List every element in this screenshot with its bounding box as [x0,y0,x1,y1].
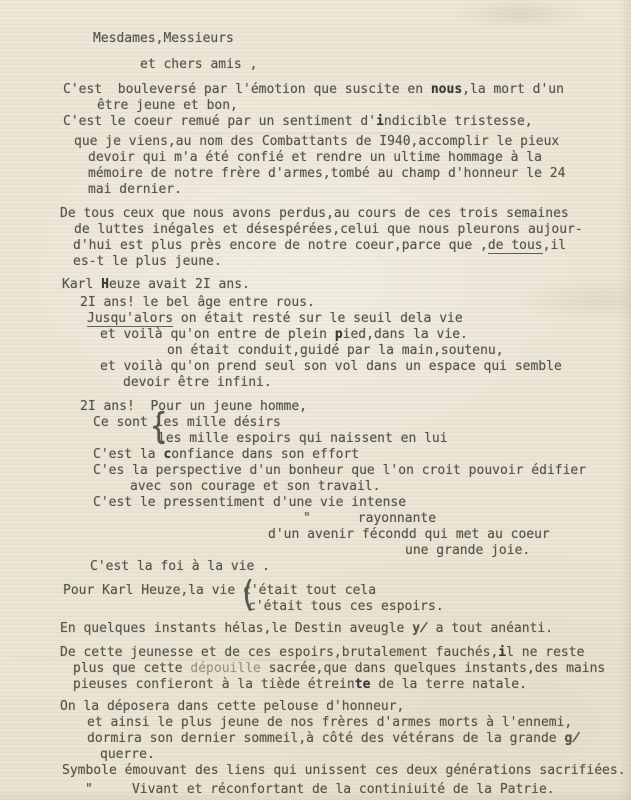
text-segment: c'était tous ces espoirs. [248,599,444,614]
text-segment: ied,dans la vie. [343,327,468,342]
text-line: es-t le plus jeune. [73,254,222,270]
text-line: être jeune et bon, [97,98,238,114]
text-segment: es-t le plus jeune. [73,254,222,269]
text-segment: 2I ans! Pour un jeune homme, [80,399,307,414]
text-line: C'est la confiance dans son effort [93,447,359,463]
text-segment: ,il [543,238,566,253]
text-segment: C'est le coeur remué par un sentiment d' [63,114,376,129]
text-line: que je viens,au nom des Combattants de I… [74,134,559,150]
text-line: Karl Heuze avait 2I ans. [62,277,250,293]
text-line: devoir être infini. [123,375,272,391]
text-line: En quelques instants hélas,le Destin ave… [60,621,553,637]
text-segment: plus que cette [73,661,190,676]
text-segment: dormira son dernier sommeil,à côté des v… [87,731,564,746]
text-segment: C'est bouleversé par l'émotion que susci… [63,82,431,97]
text-segment: onfiance dans son effort [171,447,359,462]
text-segment: de tous [488,238,543,254]
text-segment: " Vivant et réconfortant de la continiui… [85,782,555,797]
text-segment: devoir être infini. [123,375,272,390]
text-segment: être jeune et bon, [97,98,238,113]
text-segment: 2I ans! le bel âge entre rous. [80,295,315,310]
text-segment: et voilà qu'on prend seul son vol dans u… [100,359,562,374]
text-segment: on était resté sur le seuil dela vie [173,311,463,326]
text-line: mai dernier. [88,182,182,198]
text-segment: de luttes inégales et désespérées,celui … [74,222,583,237]
text-segment: les mille désirs [156,415,281,430]
text-segment: de la terre natale. [370,677,527,692]
text-segment: et voilà qu'on entre de plein [100,327,335,342]
text-segment: a tout anéanti. [428,621,553,636]
text-line: mémoire de notre frère d'armes,tombé au … [88,166,565,182]
text-segment: te [355,677,371,692]
text-segment: Pour Karl Heuze,la vie [63,583,243,598]
text-line: On la déposera dans cette pelouse d'honn… [60,699,404,715]
text-segment: pieuses confieront à la tiède étrein [73,677,355,692]
text-line: on était conduit,guidé par la main,soute… [167,343,504,359]
text-segment: Jusqu'alors [87,311,173,327]
text-segment: et chers amis , [140,57,257,72]
text-segment: Mesdames,Messieurs [93,31,234,46]
text-segment: euze avait 2I ans. [109,277,250,292]
text-segment: C'est le pressentiment d'une vie intense [93,495,406,510]
text-line: dormira son dernier sommeil,à côté des v… [87,731,580,747]
text-segment: En quelques instants hélas,le Destin ave… [60,621,412,636]
text-line: C'es la perspective d'un bonheur que l'o… [93,463,586,479]
text-segment: sacrée,que dans quelques instants,des ma… [261,661,605,676]
text-line: les mille espoirs qui naissent en lui [158,431,448,447]
text-line: plus que cette dépouille sacrée,que dans… [73,661,605,677]
text-segment: et ainsi le plus jeune de nos frères d'a… [87,715,572,730]
text-line: et voilà qu'on prend seul son vol dans u… [100,359,562,375]
text-segment: ndicible tristesse, [384,114,533,129]
text-segment: c'était tout cela [243,583,376,598]
text-line: c'était tous ces espoirs. [248,599,444,615]
text-line: Jusqu'alors on était resté sur le seuil … [87,311,463,327]
brace-glyph: ( [239,577,256,613]
text-line: avec son courage et son travail. [130,479,380,495]
text-segment: g̸ [564,731,580,746]
text-line: Ce sont les mille désirs [93,415,281,431]
text-segment: C'es la perspective d'un bonheur que l'o… [93,463,586,478]
text-line: pieuses confieront à la tiède étreinte d… [73,677,527,693]
text-line: Symbole émouvant des liens qui unissent … [62,763,626,779]
text-line: une grande joie. [405,543,530,559]
text-segment: d'hui est plus près encore de notre coeu… [73,238,488,253]
text-line: De tous ceux que nous avons perdus,au co… [60,206,569,222]
text-line: C'est le pressentiment d'une vie intense [93,495,406,511]
text-segment: ,la mort d'un [462,82,564,97]
text-segment: nous [431,82,462,97]
text-segment: Ce sont [93,415,156,430]
text-segment: mai dernier. [88,182,182,197]
text-segment: dépouille [190,661,260,676]
text-line: de luttes inégales et désespérées,celui … [74,222,583,238]
text-segment: avec son courage et son travail. [130,479,380,494]
text-segment: Symbole émouvant des liens qui unissent … [62,763,626,778]
text-segment: p [335,327,343,342]
brace-glyph: { [150,409,167,445]
text-line: 2I ans! le bel âge entre rous. [80,295,315,311]
text-line: et ainsi le plus jeune de nos frères d'a… [87,715,572,731]
text-segment: devoir qui m'a été confié et rendre un u… [88,150,542,165]
text-line: d'un avenir fécondd qui met au coeur [268,527,550,543]
text-line: querre. [100,747,155,763]
text-line: et chers amis , [140,57,257,73]
text-segment: Karl [62,277,101,292]
text-segment: H [101,277,109,292]
text-line: " rayonnante [303,511,436,527]
text-line: 2I ans! Pour un jeune homme, [80,399,307,415]
text-line: De cette jeunesse et de ces espoirs,brut… [60,645,584,661]
text-segment: l ne reste [506,645,584,660]
text-line: " Vivant et réconfortant de la continiui… [85,782,555,798]
text-segment: C'est la foi à la vie . [90,559,270,574]
text-line: et voilà qu'on entre de plein pied,dans … [100,327,468,343]
text-segment: De tous ceux que nous avons perdus,au co… [60,206,569,221]
text-line: Pour Karl Heuze,la vie c'était tout cela [63,583,376,599]
text-segment: les mille espoirs qui naissent en lui [158,431,448,446]
text-segment: De cette jeunesse et de ces espoirs,brut… [60,645,498,660]
text-segment: on était conduit,guidé par la main,soute… [167,343,504,358]
text-segment: i [376,114,384,129]
text-segment: que je viens,au nom des Combattants de I… [74,134,559,149]
typewritten-page: Mesdames,Messieurset chers amis ,C'est b… [0,0,631,800]
text-segment: C'est la [93,447,163,462]
text-segment: d'un avenir fécondd qui met au coeur [268,527,550,542]
text-segment: querre. [100,747,155,762]
text-line: d'hui est plus près encore de notre coeu… [73,238,566,254]
text-segment: y̸ [412,621,428,636]
text-line: Mesdames,Messieurs [93,31,234,47]
text-segment: On la déposera dans cette pelouse d'honn… [60,699,404,714]
text-line: devoir qui m'a été confié et rendre un u… [88,150,542,166]
text-line: C'est le coeur remué par un sentiment d'… [63,114,533,130]
text-segment: mémoire de notre frère d'armes,tombé au … [88,166,565,181]
text-line: C'est bouleversé par l'émotion que susci… [63,82,564,98]
text-line: C'est la foi à la vie . [90,559,270,575]
text-segment: i [498,645,506,660]
text-segment: une grande joie. [405,543,530,558]
text-segment: " rayonnante [303,511,436,526]
